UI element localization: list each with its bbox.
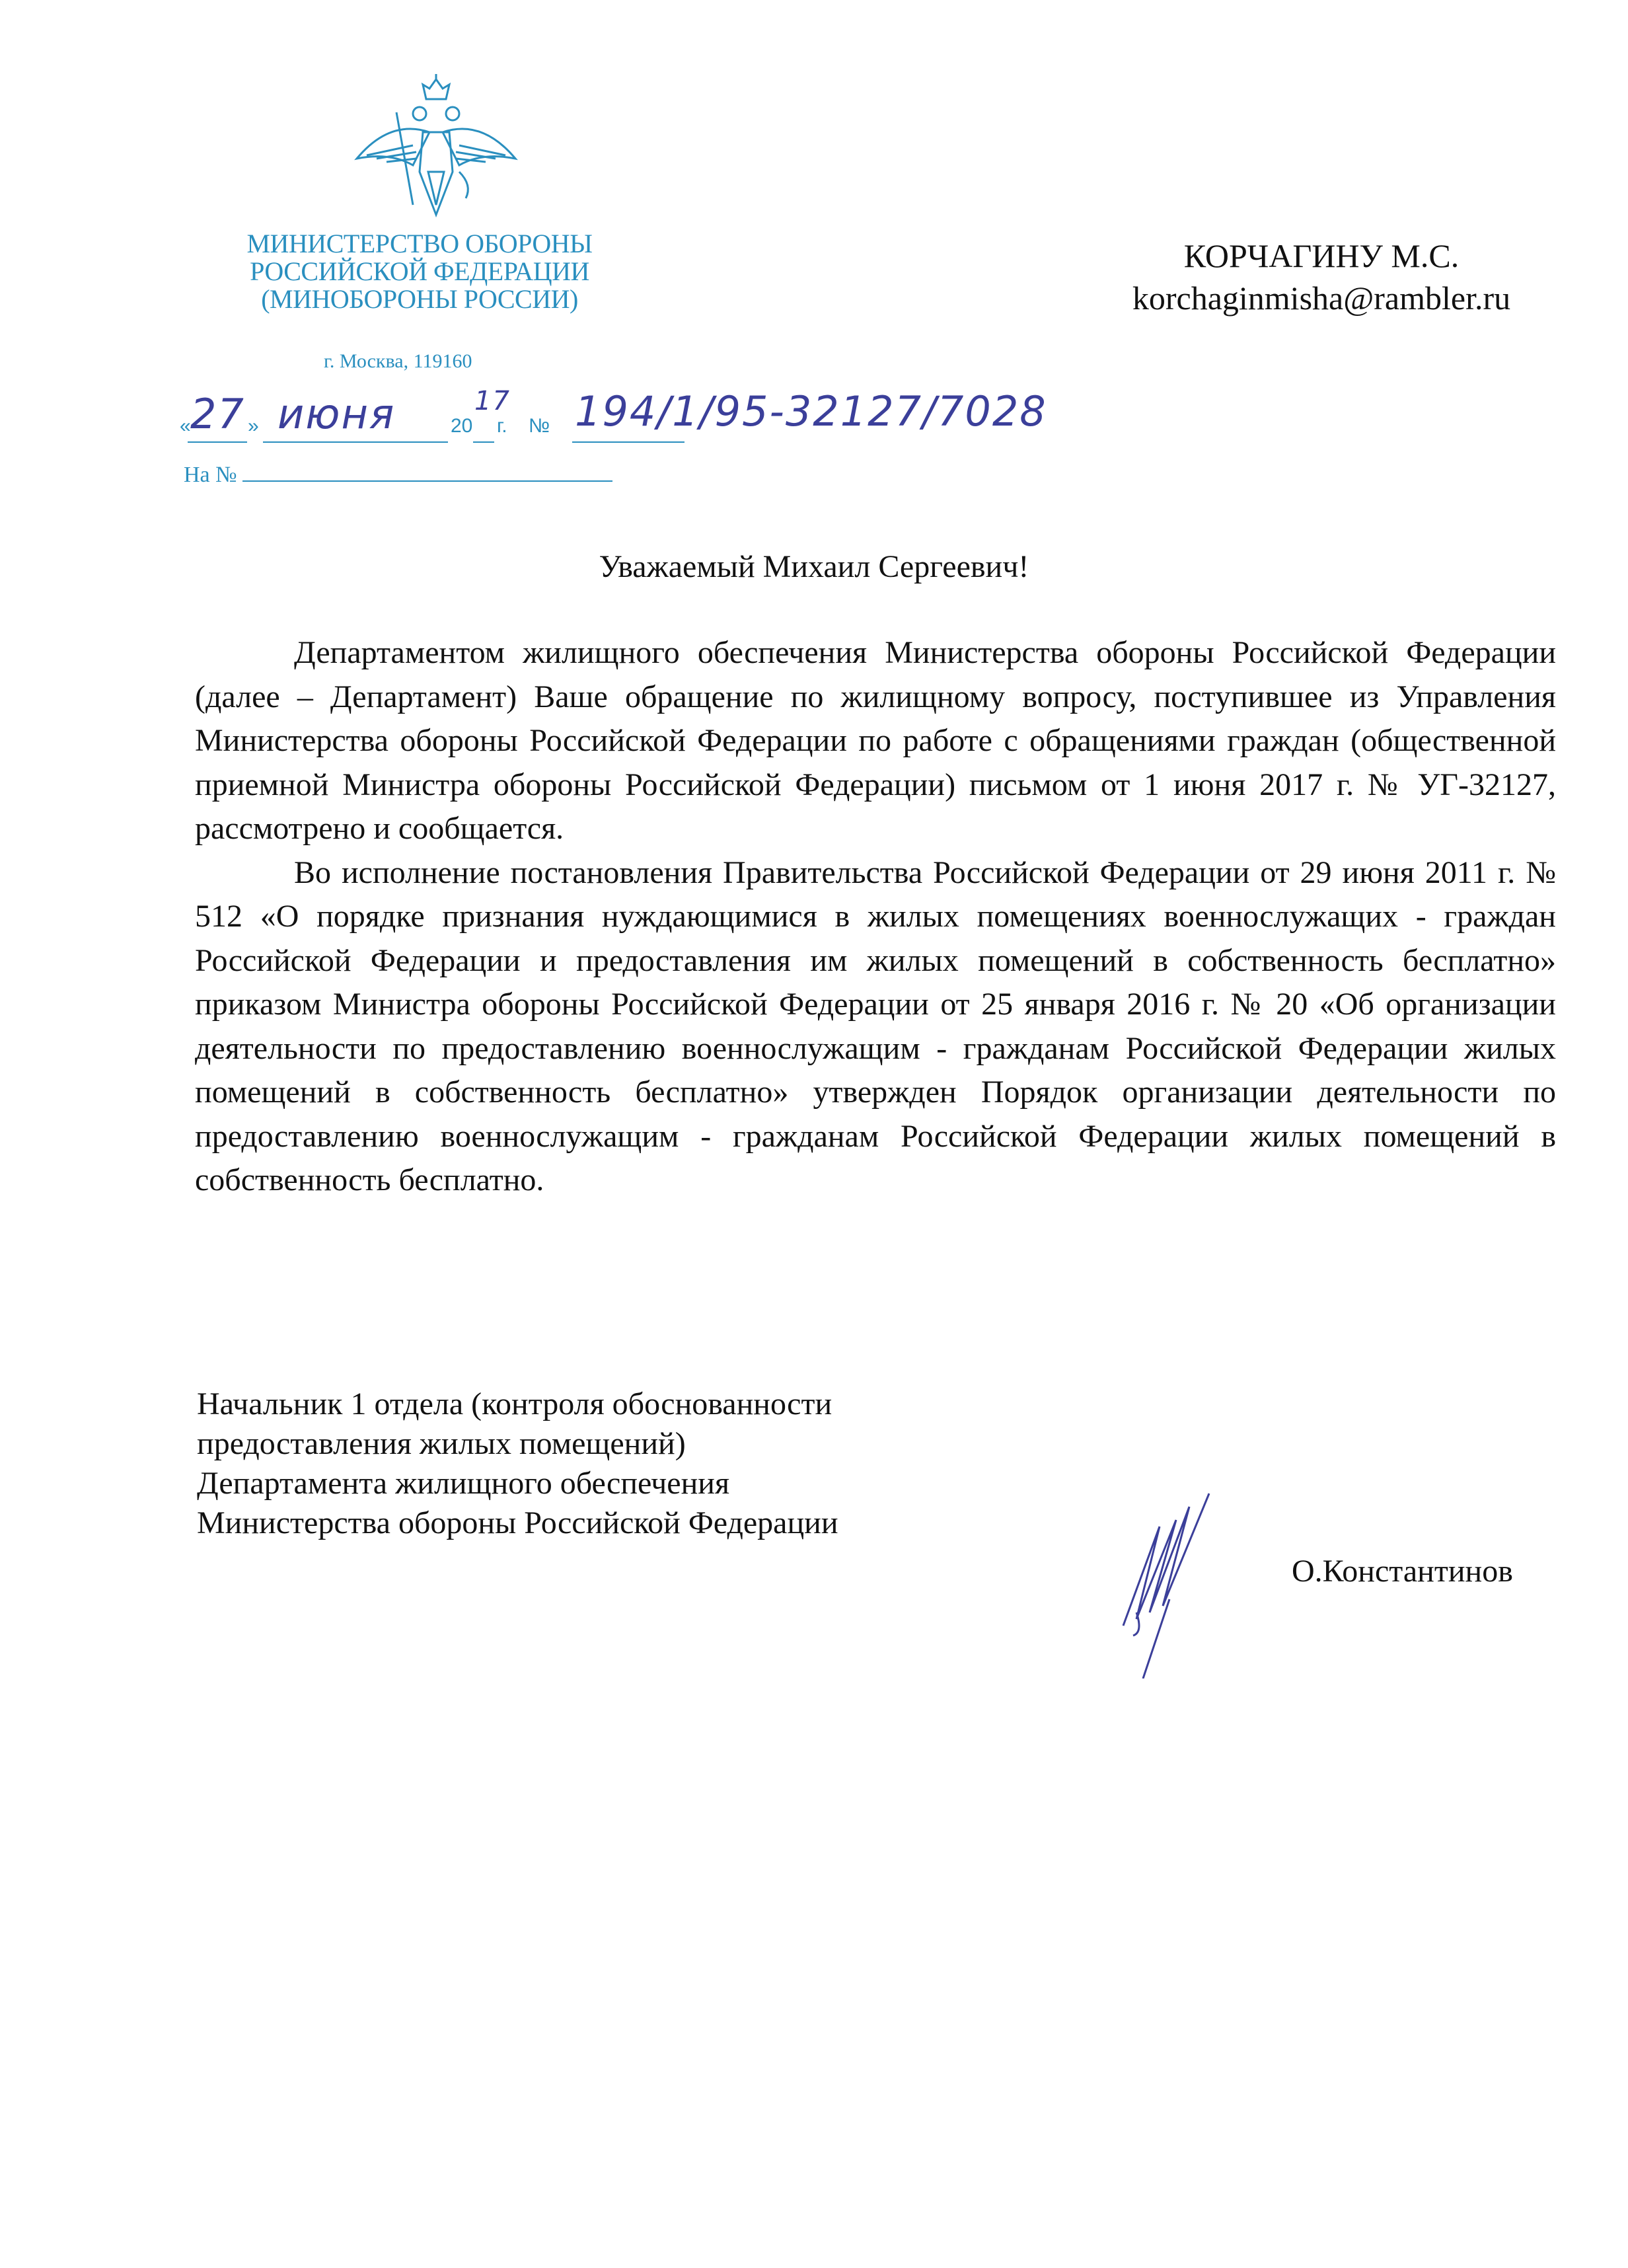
ministry-header: МИНИСТЕРСТВО ОБОРОНЫ РОССИЙСКОЙ ФЕДЕРАЦИ…	[218, 230, 621, 313]
city-postcode: г. Москва, 119160	[324, 350, 472, 373]
reference-line: « 27 » июня 20 17 г. № 194/1/95-32127/70…	[178, 390, 1169, 449]
body-paragraph: Департаментом жилищного обеспечения Мини…	[195, 631, 1556, 851]
handwritten-month: июня	[277, 390, 395, 438]
addressee-name: КОРЧАГИНУ М.С.	[1084, 235, 1559, 277]
handwritten-signature-icon	[1097, 1480, 1295, 1679]
reply-to-field	[242, 463, 612, 482]
handwritten-day: 27	[190, 390, 245, 438]
handwritten-year: 17	[474, 386, 511, 416]
handwritten-number: 194/1/95-32127/7028	[575, 387, 1047, 435]
position-line: предоставления жилых помещений)	[197, 1424, 838, 1464]
ministry-emblem-icon	[350, 73, 522, 231]
ministry-line: (МИНОБОРОНЫ РОССИИ)	[218, 285, 621, 313]
body-paragraph: Во исполнение постановления Правительств…	[195, 851, 1556, 1203]
letter-body: Департаментом жилищного обеспечения Мини…	[195, 631, 1556, 1203]
number-label: №	[529, 415, 550, 437]
year-prefix: 20	[451, 415, 472, 437]
position-line: Начальник 1 отдела (контроля обоснованно…	[197, 1384, 838, 1424]
reply-to-label: На №	[184, 463, 612, 488]
ministry-line: РОССИЙСКОЙ ФЕДЕРАЦИИ	[218, 258, 621, 285]
position-line: Департамента жилищного обеспечения	[197, 1464, 838, 1503]
year-label: г.	[497, 415, 507, 437]
ministry-line: МИНИСТЕРСТВО ОБОРОНЫ	[218, 230, 621, 258]
signatory-name: О.Константинов	[1292, 1553, 1513, 1589]
greeting: Уважаемый Михаил Сергеевич!	[0, 548, 1628, 585]
signatory-position: Начальник 1 отдела (контроля обоснованно…	[197, 1384, 838, 1543]
position-line: Министерства обороны Российской Федераци…	[197, 1503, 838, 1543]
addressee-block: КОРЧАГИНУ М.С. korchaginmisha@rambler.ru	[1084, 235, 1559, 319]
addressee-email: korchaginmisha@rambler.ru	[1084, 277, 1559, 319]
